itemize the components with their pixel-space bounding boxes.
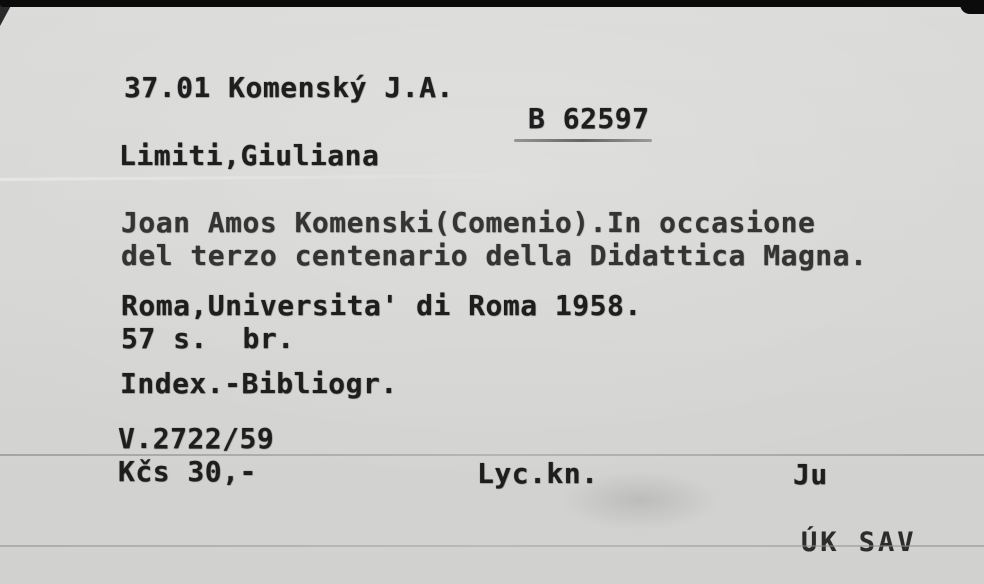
divider-line-lower [0,545,984,547]
price-value: Kčs 30,- [118,458,257,486]
accession-underline [514,139,652,142]
scan-corner-mark [0,0,14,26]
author-line: Limiti,Giuliana [119,142,379,170]
scan-top-edge [0,0,984,7]
imprint-line: Roma,Universita' di Roma 1958. [121,292,642,320]
title-line-1: Joan Amos Komenski(Comenio).In occasione [121,209,815,237]
location-code: Lyc.kn. [477,460,599,488]
collation-line: 57 s. br. [121,325,295,353]
title-line-2: del terzo centenario della Didattica Mag… [121,242,867,270]
scan-corner-right [960,0,984,14]
paper-crease [0,174,560,181]
accession-number: B 62597 [528,105,650,133]
catalog-card-scan: 37.01 Komenský J.A. B 62597 Limiti,Giuli… [0,0,984,584]
classification-line: 37.01 Komenský J.A. [124,74,454,102]
cataloger-initials: Ju [793,461,828,489]
library-stamp: ÚK SAV [801,527,917,558]
notes-line: Index.-Bibliogr. [120,370,398,398]
acquisition-number: V.2722/59 [118,425,274,453]
